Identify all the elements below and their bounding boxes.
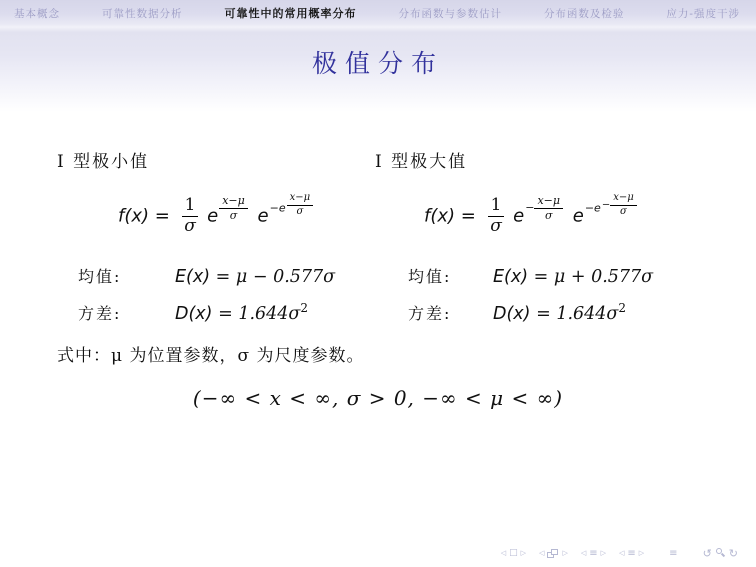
mean-row-maximum: 均值:E(x) = μ + 0.577σ (408, 264, 653, 287)
formula-lhs: f(x) = (118, 206, 170, 227)
variance-lhs: D(x) (175, 304, 213, 324)
exponent-1: x−μσ (219, 195, 248, 221)
variance-value: 1.644σ (238, 304, 300, 324)
mean-lhs: E(x) (175, 267, 210, 287)
mean-lhs: E(x) (493, 267, 528, 287)
equals-sign: = (536, 304, 551, 324)
fraction-one-over-sigma: 1σ (182, 197, 199, 236)
subsection-nav-group: ◁ ≡ ▷ (581, 549, 606, 559)
back-icon[interactable]: ↺ (703, 548, 712, 559)
history-search-group: ↺ ↻ (703, 548, 738, 559)
next-section-icon[interactable]: ▷ (639, 550, 644, 557)
squared-exponent: 2 (618, 301, 626, 315)
presentation-icon[interactable]: ≡ (669, 549, 677, 559)
variance-value: 1.644σ (556, 304, 618, 324)
section-icon[interactable]: ≡ (627, 549, 635, 559)
beamer-nav-symbols: ◁ □ ▷ ◁ ▷ ◁ ≡ ▷ ◁ ≡ ▷ ≡ ↺ ↻ (501, 548, 738, 559)
nav-section-common-distributions-active[interactable]: 可靠性中的常用概率分布 (224, 5, 356, 21)
exponent-2: −ex−μσ (270, 193, 314, 217)
equals-sign: = (218, 304, 233, 324)
exponent-1: −x−μσ (525, 195, 563, 221)
next-frame-icon[interactable]: ▷ (562, 550, 567, 557)
fraction-one-over-sigma: 1σ (488, 197, 505, 236)
variance-row-maximum: 方差:D(x) = 1.644σ2 (408, 301, 626, 324)
parameters-note: 式中：μ 为位置参数，σ 为尺度参数。 (57, 341, 364, 366)
formula-lhs: f(x) = (424, 206, 476, 227)
pdf-formula-minimum: f(x) = 1σ ex−μσ e−ex−μσ (118, 193, 317, 236)
mean-value: μ − 0.577σ (236, 267, 335, 287)
euler-e: e (258, 206, 269, 227)
slide-nav-group: ◁ □ ▷ (501, 549, 526, 558)
euler-e: e (207, 206, 218, 227)
section-nav-group: ◁ ≡ ▷ (619, 549, 644, 559)
heading-type1-maximum: I 型极大值 (375, 147, 467, 172)
next-subsection-icon[interactable]: ▷ (601, 550, 606, 557)
euler-e: e (573, 206, 584, 227)
prev-slide-icon[interactable]: ◁ (501, 550, 506, 557)
squared-exponent: 2 (300, 301, 308, 315)
equals-sign: = (216, 267, 231, 287)
prev-subsection-icon[interactable]: ◁ (581, 550, 586, 557)
mean-label: 均值: (408, 264, 493, 287)
presentation-group: ≡ (669, 549, 677, 559)
variance-row-minimum: 方差:D(x) = 1.644σ2 (78, 301, 308, 324)
heading-type1-minimum: I 型极小值 (57, 147, 149, 172)
subsection-icon[interactable]: ≡ (589, 549, 597, 559)
pdf-formula-maximum: f(x) = 1σ e−x−μσ e−e−x−μσ (424, 193, 641, 236)
section-nav-bar: 基本概念 可靠性数据分析 可靠性中的常用概率分布 分布函数与参数估计 分布函数及… (0, 0, 756, 24)
nav-section-distribution-parameter-estimation[interactable]: 分布函数与参数估计 (398, 6, 502, 21)
prev-section-icon[interactable]: ◁ (619, 550, 624, 557)
presentation-slide: 基本概念 可靠性数据分析 可靠性中的常用概率分布 分布函数与参数估计 分布函数及… (0, 0, 756, 567)
variance-label: 方差: (408, 301, 493, 324)
exponent-2: −e−x−μσ (585, 193, 637, 217)
mean-label: 均值: (78, 264, 175, 287)
next-slide-icon[interactable]: ▷ (521, 550, 526, 557)
euler-e: e (513, 206, 524, 227)
nav-section-reliability-data-analysis[interactable]: 可靠性数据分析 (102, 6, 183, 21)
frame-icon[interactable] (547, 549, 559, 559)
search-icon[interactable] (715, 548, 726, 559)
equals-sign: = (534, 267, 549, 287)
mean-row-minimum: 均值:E(x) = μ − 0.577σ (78, 264, 335, 287)
variance-label: 方差: (78, 301, 175, 324)
prev-frame-icon[interactable]: ◁ (539, 550, 544, 557)
forward-icon[interactable]: ↻ (729, 548, 738, 559)
slide-icon[interactable]: □ (509, 549, 518, 558)
domain-constraint: (−∞ < x < ∞, σ > 0, −∞ < μ < ∞) (0, 386, 756, 410)
variance-lhs: D(x) (493, 304, 531, 324)
mean-value: μ + 0.577σ (554, 267, 653, 287)
nav-section-basic-concepts[interactable]: 基本概念 (14, 6, 60, 21)
nav-section-stress-strength-interference[interactable]: 应力-强度干涉 (666, 6, 740, 21)
nav-section-distribution-testing[interactable]: 分布函数及检验 (544, 6, 625, 21)
frame-nav-group: ◁ ▷ (539, 549, 568, 559)
slide-title: 极值分布 (0, 44, 756, 80)
